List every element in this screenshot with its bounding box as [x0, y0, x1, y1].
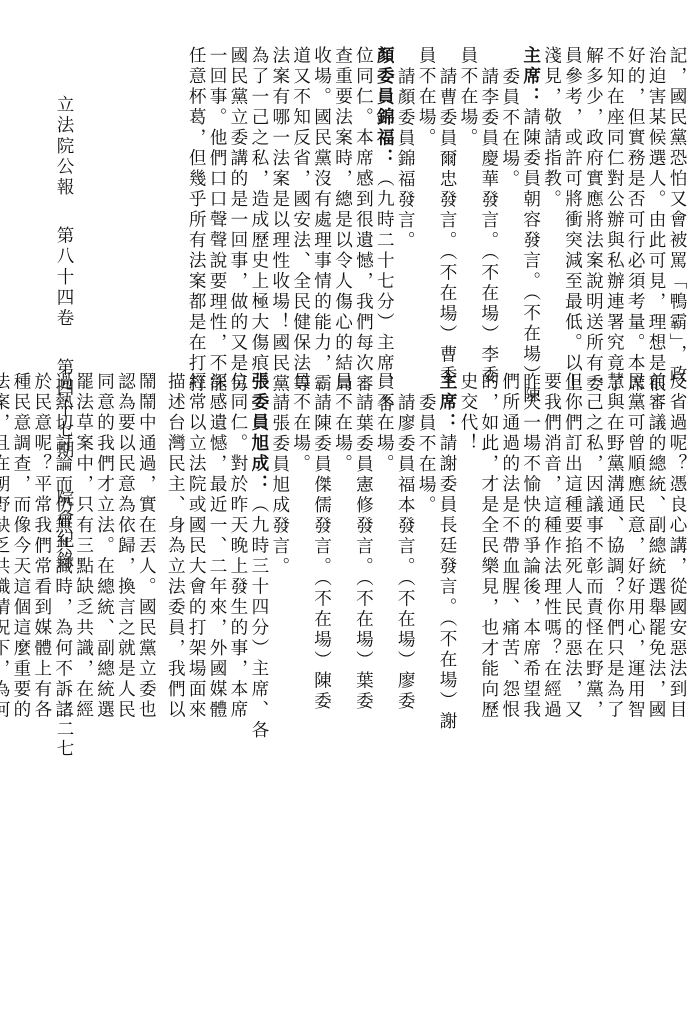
text-column: 為了一己之私，造成歷史上極大傷痕。 — [248, 46, 269, 362]
text-column: 史交代！ — [457, 372, 478, 694]
text-column: 民黨可曾順應民意，好好用心，運用智 — [624, 372, 645, 694]
text-column: 但你們訂出這種要掐死人民的惡法，又 — [562, 372, 583, 694]
text-column: 請張委員旭成發言。 — [269, 372, 290, 694]
text-column: 員不在場。 — [373, 372, 394, 694]
text-column: 員不在場。 — [290, 372, 311, 694]
text-column: 治迫害某候選人。由此可見，理想是很 — [645, 46, 666, 362]
top-band-right: 記，國民黨恐怕又會被罵「鴨霸」，政 治迫害某候選人。由此可見，理想是很 好的，但… — [185, 46, 687, 362]
text-column: 請顏委員錦福發言。 — [394, 46, 415, 362]
text-column: 前審議的總統、副總統選舉罷免法，國 — [645, 372, 666, 694]
bottom-band-right: 反省過呢？憑良心講，從國安惡法到目 前審議的總統、副總統選舉罷免法，國 民黨可曾… — [164, 372, 687, 694]
speaker-label: 主席： — [521, 46, 542, 108]
text-column: 委員不在場。 — [415, 372, 436, 694]
text-column: 種民意調查，而像今天這個這麼重要的 — [10, 372, 31, 694]
text-column: 委員不在場。 — [499, 46, 520, 362]
speech-text: （九時三十四分）主席、各 — [249, 495, 269, 741]
text-column: 一己之私，因議事不彰而責怪在野黨， — [582, 372, 603, 694]
text-column: 國民黨立委講的是一回事，做的又是另 — [227, 46, 248, 362]
text-column: 解多少，政府實應將法案說明送所有委 — [582, 46, 603, 362]
text-column: 員不在場。 — [415, 46, 436, 362]
speaker-label: 張委員旭成： — [249, 372, 270, 495]
text-column: 道又不知反省，國安法、全民健保法等 — [290, 46, 311, 362]
text-column: 描述台灣民主、身為立法委員，我們以 — [164, 372, 185, 694]
text-column: 經常以立法院或國民大會的打架場面來 — [185, 372, 206, 694]
text-column: 不知在座同仁對公辦與私辦連署究竟了 — [603, 46, 624, 362]
text-column: 位同仁。對於昨天晚上發生的事，本席 — [227, 372, 248, 694]
speaker-line: 主席：請陳委員朝容發言。（不在場）陳 — [520, 46, 541, 362]
text-column: 位同仁。本席感到很遺憾，我們每次審 — [353, 46, 374, 362]
speaker-label: 顏委員錦福： — [374, 46, 395, 169]
text-column: 請陳委員傑儒發言。（不在場）陳委 — [311, 372, 332, 694]
speech-text: 請陳委員朝容發言。（不在場）陳 — [521, 108, 541, 407]
text-column: 昨天一場不愉快的爭論後，本席希望我 — [520, 372, 541, 694]
text-column: 慧與在野黨溝通、協調？你們只是為了 — [603, 372, 624, 694]
text-column: 們所通過的法是不帶血腥、痛苦、怨恨 — [499, 372, 520, 694]
text-column: 請廖委員福本發言。（不在場）廖委 — [394, 372, 415, 694]
text-column: 一回事。他們口口聲聲說要理性，不能 — [206, 46, 227, 362]
volume-label: 第八十四卷 — [52, 226, 77, 330]
text-column: 法案，且在朝野缺乏共識情況下，為何 — [0, 372, 10, 694]
text-column: 收場。國民黨沒有處理事情的能力，霸 — [311, 46, 332, 362]
speaker-label: 主席： — [437, 372, 458, 434]
text-column: 要我們消音，這種作法理性嗎？在經過 — [541, 372, 562, 694]
speech-text: 請謝委員長廷發言。（不在場）謝 — [437, 434, 457, 733]
text-column: 認為要以民意為依歸，換言之就是人民 — [115, 372, 136, 694]
speaker-line: 顏委員錦福：（九時二十七分）主席、各 — [373, 46, 394, 362]
text-column: 深感遺憾，最近一、二年來，外國媒體 — [206, 372, 227, 694]
text-column: 員不在場。 — [332, 372, 353, 694]
text-column: 法案有哪一法案是以理性收場！國民黨 — [269, 46, 290, 362]
text-column: 請曹委員爾忠發言。（不在場）曹委 — [436, 46, 457, 362]
text-column: 查重要法案時，總是以令人傷心的結局 — [332, 46, 353, 362]
text-column: 鬧鬧中通過，實在丟人。國民黨立委也 — [135, 372, 156, 694]
text-column: 淺見，敬請指教。 — [541, 46, 562, 362]
text-column: 罷法草案中，只有三點缺乏共識，在經 — [73, 372, 94, 694]
text-column: 請葉委員憲修發言。（不在場）葉委 — [353, 372, 374, 694]
text-column: 請李委員慶華發言。（不在場）李委 — [478, 46, 499, 362]
text-column: 過熱切討論而仍無共識時，為何不訴諸 — [52, 372, 73, 694]
bottom-band-middle: 鬧鬧中通過，實在丟人。國民黨立委也認為要以民意為依歸，換言之就是人民同意的我們才… — [0, 372, 156, 694]
text-column: 反省過呢？憑良心講，從國安惡法到目 — [666, 372, 687, 694]
text-column: 員參考，或許可將衝突減至最低。以上 — [562, 46, 583, 362]
text-column: 任意杯葛，但幾乎所有法案都是在打打 — [185, 46, 206, 362]
publication-title: 立法院公報 — [52, 95, 77, 199]
text-column: 記，國民黨恐怕又會被罵「鴨霸」，政 — [666, 46, 687, 362]
speaker-line: 張委員旭成：（九時三十四分）主席、各 — [248, 372, 269, 694]
text-column: 好的，但實務是否可行必須考量。本席 — [624, 46, 645, 362]
text-column: 的，如此，才是全民樂見，也才能向歷 — [478, 372, 499, 694]
text-column: 員不在場。 — [457, 46, 478, 362]
text-column: 同意的我們才立法。在總統、副總統選 — [94, 372, 115, 694]
text-column: 於民意呢？平常我們常看到媒體上有各 — [31, 372, 52, 694]
speaker-line: 主席：請謝委員長廷發言。（不在場）謝 — [436, 372, 457, 694]
